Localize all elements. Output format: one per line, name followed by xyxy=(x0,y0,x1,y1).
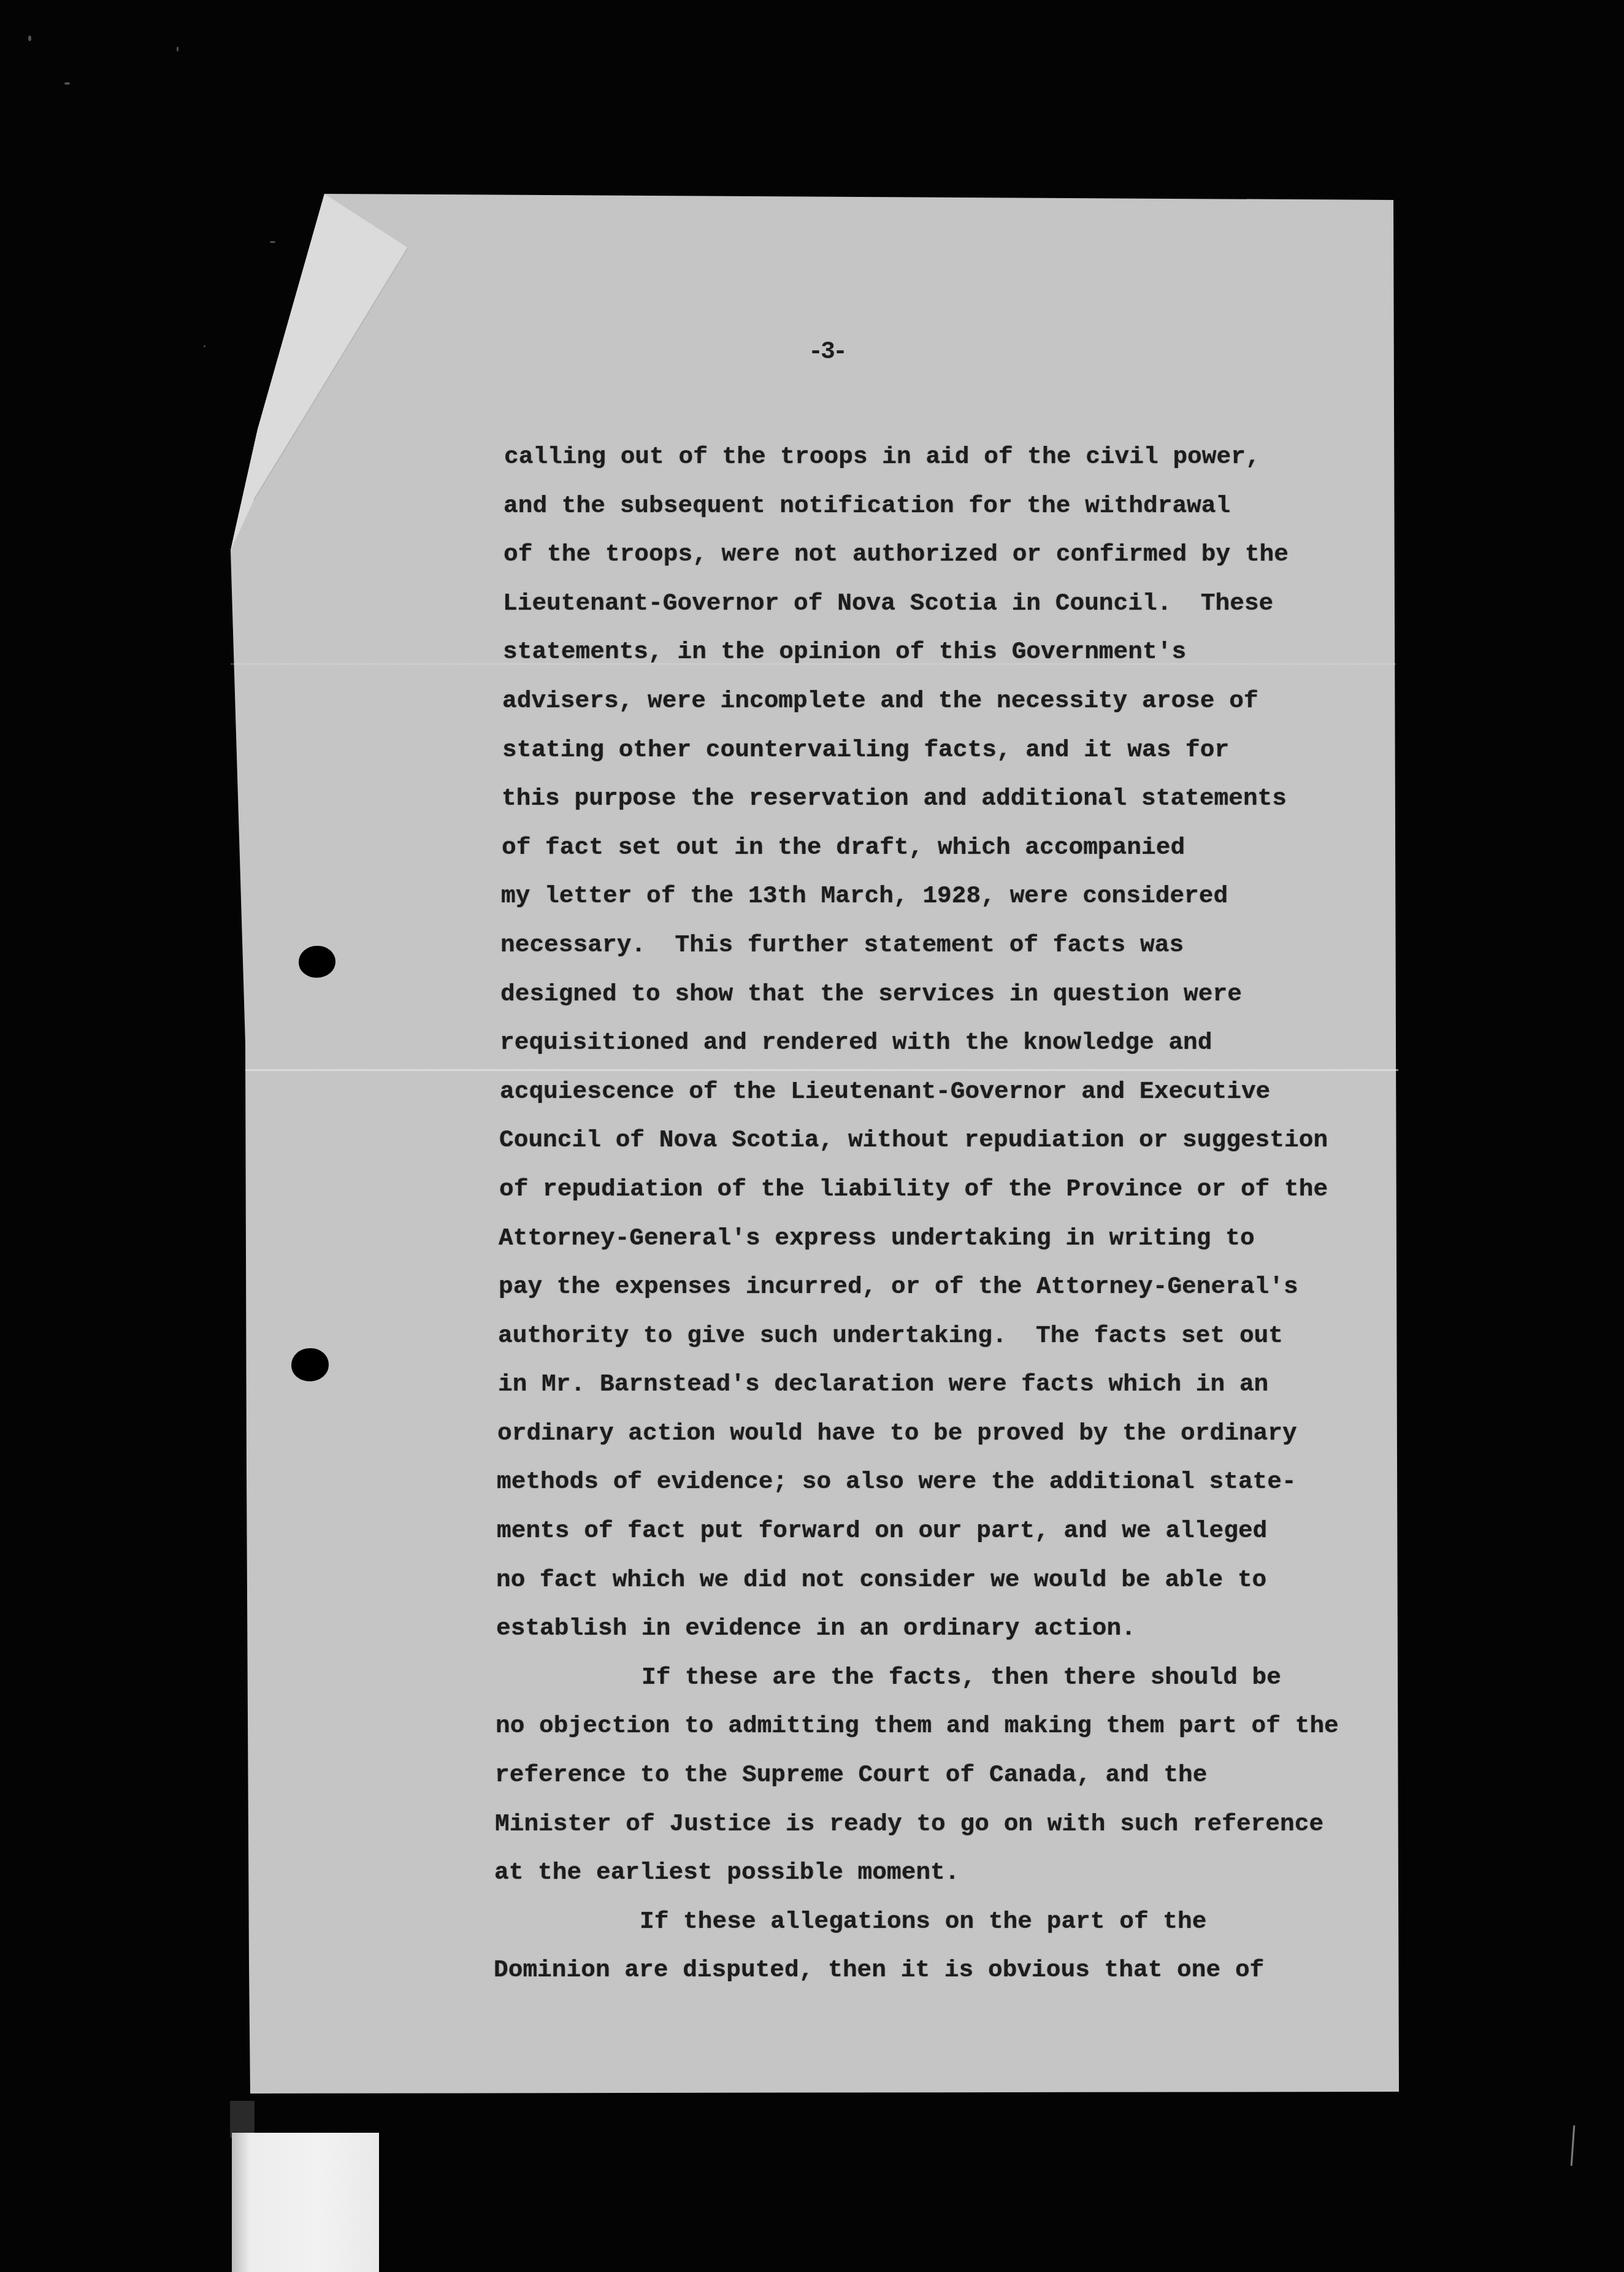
text-line: establish in evidence in an ordinary act… xyxy=(496,1604,1339,1653)
text-line: no objection to admitting them and makin… xyxy=(496,1702,1339,1751)
text-line: acquiescence of the Lieutenant-Governor … xyxy=(500,1067,1339,1116)
text-line: If these are the facts, then there shoul… xyxy=(496,1653,1339,1702)
text-line: of fact set out in the draft, which acco… xyxy=(502,823,1339,872)
text-line: ordinary action would have to be proved … xyxy=(497,1409,1339,1458)
text-line: in Mr. Barnstead's declaration were fact… xyxy=(498,1360,1339,1409)
text-line: this purpose the reservation and additio… xyxy=(502,774,1339,823)
text-line: authority to give such undertaking. The … xyxy=(498,1311,1339,1361)
typed-letter-body: calling out of the troops in aid of the … xyxy=(504,432,1339,1995)
text-line: stating other countervailing facts, and … xyxy=(502,726,1339,775)
text-line: of repudiation of the liability of the P… xyxy=(499,1165,1339,1214)
text-line: no fact which we did not consider we wou… xyxy=(496,1556,1339,1605)
page-number: -3- xyxy=(808,339,845,366)
text-line: necessary. This further statement of fac… xyxy=(500,921,1339,970)
text-line: Council of Nova Scotia, without repudiat… xyxy=(499,1116,1339,1165)
text-line: methods of evidence; so also were the ad… xyxy=(497,1457,1339,1506)
text-line: Minister of Justice is ready to go on wi… xyxy=(495,1800,1339,1849)
text-line: Lieutenant-Governor of Nova Scotia in Co… xyxy=(503,579,1339,628)
tab-shadow xyxy=(230,2101,255,2138)
text-line: If these allegations on the part of the xyxy=(494,1897,1339,1946)
text-line: pay the expenses incurred, or of the Att… xyxy=(499,1262,1339,1311)
text-line: advisers, were incomplete and the necess… xyxy=(502,677,1339,726)
text-line: my letter of the 13th March, 1928, were … xyxy=(501,872,1339,921)
text-line: Dominion are disputed, then it is obviou… xyxy=(494,1946,1339,1995)
text-line: calling out of the troops in aid of the … xyxy=(504,432,1339,482)
punch-hole xyxy=(299,946,335,978)
bottom-tab-strip xyxy=(232,2133,379,2272)
text-line: at the earliest possible moment. xyxy=(494,1848,1339,1897)
text-line: and the subsequent notification for the … xyxy=(504,482,1339,531)
text-line: Attorney-General's express undertaking i… xyxy=(499,1214,1339,1263)
text-line: of the troops, were not authorized or co… xyxy=(504,530,1339,579)
text-line: ments of fact put forward on our part, a… xyxy=(497,1506,1339,1556)
text-line: requisitioned and rendered with the know… xyxy=(500,1018,1339,1067)
text-line: statements, in the opinion of this Gover… xyxy=(503,627,1339,677)
punch-hole xyxy=(291,1348,329,1381)
text-line: reference to the Supreme Court of Canada… xyxy=(495,1751,1339,1800)
text-line: designed to show that the services in qu… xyxy=(500,970,1339,1019)
